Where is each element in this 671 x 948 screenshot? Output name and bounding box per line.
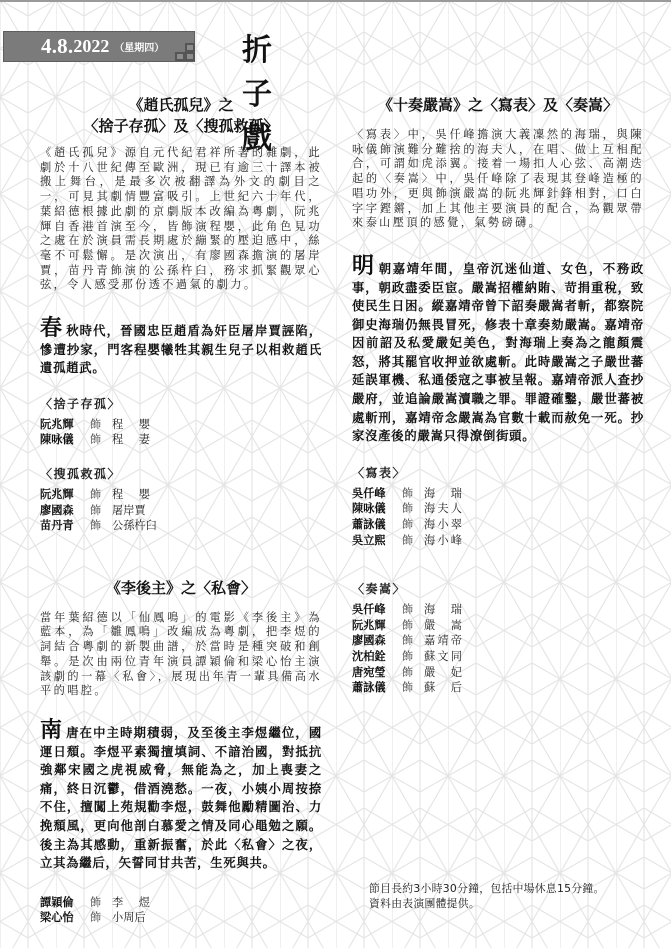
cast-row: 蕭詠儀飾蘇后 [352, 680, 644, 696]
drop-cap: 南 [40, 717, 63, 743]
cast-list: 吳仟峰飾海瑞 阮兆輝飾嚴嵩 廖國森飾嘉靖帝 沈柏銓飾蘇文同 唐宛瑩飾嚴妃 蕭詠儀… [352, 602, 644, 696]
role-name: 嚴妃 [424, 665, 462, 681]
sub-scene-title: 〈搜孤救孤〉 [40, 465, 322, 482]
plays-label: 飾 [90, 487, 112, 503]
top-border [0, 0, 671, 2]
plays-label: 飾 [402, 517, 424, 533]
plays-label: 飾 [402, 665, 424, 681]
actor-name: 沈柏銓 [352, 649, 402, 665]
role-name: 程嬰 [112, 417, 150, 433]
cast-block: 〈奏嵩〉 吳仟峰飾海瑞 阮兆輝飾嚴嵩 廖國森飾嘉靖帝 沈柏銓飾蘇文同 唐宛瑩飾嚴… [352, 580, 644, 696]
section-title-zhao: 《趙氏孤兒》之 〈捨子存孤〉及〈搜孤救孤〉 [40, 95, 322, 137]
actor-name: 蕭詠儀 [352, 517, 402, 533]
role-name: 蘇文同 [424, 649, 462, 665]
cast-block: 〈捨子存孤〉 阮兆輝飾程嬰 陳咏儀飾程妻 [40, 395, 322, 448]
section-title-yan: 《十奏嚴嵩》之〈寫表〉及〈奏嵩〉 [352, 95, 644, 116]
synopsis: 南唐在中主時期積弱，及至後主李煜繼位，國運日頹。李煜平素獨擅填詞、不諳治國，對抵… [40, 721, 322, 873]
role-name: 海夫人 [424, 501, 462, 517]
drop-cap: 明 [352, 253, 376, 279]
cast-row: 苗丹青飾公孫杵臼 [40, 518, 322, 534]
actor-name: 蕭詠儀 [352, 680, 402, 696]
role-name: 小周后 [112, 910, 150, 926]
plays-label: 飾 [90, 503, 112, 519]
right-column: 《十奏嚴嵩》之〈寫表〉及〈奏嵩〉 〈寫表〉中，吳仟峰擔演大義凜然的海瑞，與陳咏儀… [352, 95, 644, 696]
section-title-line: 〈捨子存孤〉及〈搜孤救孤〉 [40, 116, 322, 137]
cast-row: 吳仟峰飾海瑞 [352, 602, 644, 618]
cast-row: 陳咏儀飾程妻 [40, 432, 322, 448]
duration-note: 節目長約3小時30分鐘，包括中場休息15分鐘。 [369, 881, 605, 896]
programme-notes: 節目長約3小時30分鐘，包括中場休息15分鐘。 資料由表演團體提供。 [369, 881, 605, 911]
actor-name: 阮兆輝 [352, 618, 402, 634]
synopsis-text: 朝嘉靖年間，皇帝沉迷仙道、女色，不務政事，朝政盡委臣宦。嚴嵩招權納賄、苛捐重稅，… [352, 261, 644, 443]
synopsis: 明朝嘉靖年間，皇帝沉迷仙道、女色，不務政事，朝政盡委臣宦。嚴嵩招權納賄、苛捐重稅… [352, 257, 644, 446]
role-name: 蘇后 [424, 680, 462, 696]
drop-cap: 春 [40, 315, 63, 341]
section-description: 《趙氏孤兒》源自元代紀君祥所著的雜劇，此劇於十八世紀傳至歐洲，現已有逾三十譯本被… [40, 146, 322, 293]
cast-row: 阮兆輝飾程嬰 [40, 487, 322, 503]
date-weekday: （星期四） [114, 39, 164, 54]
role-name: 海瑞 [424, 486, 462, 502]
actor-name: 唐宛瑩 [352, 665, 402, 681]
plays-label: 飾 [402, 649, 424, 665]
cast-list: 阮兆輝飾程嬰 陳咏儀飾程妻 [40, 417, 322, 448]
actor-name: 吳立熙 [352, 533, 402, 549]
role-name: 屠岸賈 [112, 503, 150, 519]
actor-name: 陳咏儀 [40, 432, 90, 448]
actor-name: 吳仟峰 [352, 602, 402, 618]
plays-label: 飾 [402, 602, 424, 618]
sub-scene-title: 〈奏嵩〉 [352, 580, 644, 597]
plays-label: 飾 [402, 533, 424, 549]
role-name: 海小翠 [424, 517, 462, 533]
plays-label: 飾 [402, 618, 424, 634]
role-name: 海瑞 [424, 602, 462, 618]
plays-label: 飾 [90, 417, 112, 433]
cast-row: 唐宛瑩飾嚴妃 [352, 665, 644, 681]
actor-name: 梁心怡 [40, 910, 90, 926]
cast-list: 阮兆輝飾程嬰 廖國森飾屠岸賈 苗丹青飾公孫杵臼 [40, 487, 322, 534]
plays-label: 飾 [402, 486, 424, 502]
role-name: 李煜 [112, 895, 150, 911]
cast-block: 〈搜孤救孤〉 阮兆輝飾程嬰 廖國森飾屠岸賈 苗丹青飾公孫杵臼 [40, 465, 322, 534]
plays-label: 飾 [402, 501, 424, 517]
actor-name: 廖國森 [352, 633, 402, 649]
role-name: 程嬰 [112, 487, 150, 503]
cast-list: 吳仟峰飾海瑞 陳咏儀飾海夫人 蕭詠儀飾海小翠 吳立熙飾海小峰 [352, 486, 644, 548]
cast-row: 廖國森飾屠岸賈 [40, 503, 322, 519]
synopsis-text: 唐在中主時期積弱，及至後主李煜繼位，國運日頹。李煜平素獨擅填詞、不諳治國，對抵抗… [40, 725, 322, 870]
section-description: 當年葉紹德以「仙鳳鳴」的電影《李後主》為藍本，為「雛鳳鳴」改編成為粵劇，把李煜的… [40, 611, 322, 699]
cast-row: 譚穎倫飾李煜 [40, 895, 322, 911]
source-note: 資料由表演團體提供。 [369, 896, 605, 911]
role-name: 公孫杵臼 [112, 518, 172, 534]
actor-name: 吳仟峰 [352, 486, 402, 502]
synopsis: 春秋時代，晉國忠臣趙盾為奸臣屠岸賈誣陷，慘遭抄家，門客程嬰犧牲其親生兒子以相救趙… [40, 319, 322, 378]
cast-row: 梁心怡飾小周后 [40, 910, 322, 926]
actor-name: 阮兆輝 [40, 487, 90, 503]
role-name: 嘉靖帝 [424, 633, 462, 649]
plays-label: 飾 [90, 910, 112, 926]
cast-row: 沈柏銓飾蘇文同 [352, 649, 644, 665]
plays-label: 飾 [90, 518, 112, 534]
date-banner: 4.8. 2022 （星期四） [3, 31, 195, 62]
actor-name: 陳咏儀 [352, 501, 402, 517]
cast-row: 吳仟峰飾海瑞 [352, 486, 644, 502]
cast-row: 蕭詠儀飾海小翠 [352, 517, 644, 533]
cast-row: 陳咏儀飾海夫人 [352, 501, 644, 517]
stacked-squares-icon [175, 43, 199, 65]
actor-name: 苗丹青 [40, 518, 90, 534]
plays-label: 飾 [402, 633, 424, 649]
plays-label: 飾 [402, 680, 424, 696]
sub-scene-title: 〈捨子存孤〉 [40, 395, 322, 412]
date-year: 2022 [73, 36, 109, 57]
plays-label: 飾 [90, 895, 112, 911]
cast-list: 譚穎倫飾李煜 梁心怡飾小周后 [40, 895, 322, 926]
cast-row: 廖國森飾嘉靖帝 [352, 633, 644, 649]
actor-name: 阮兆輝 [40, 417, 90, 433]
date-day-month: 4.8. [41, 34, 73, 59]
section-title-line: 《趙氏孤兒》之 [40, 95, 322, 116]
role-name: 海小峰 [424, 533, 462, 549]
role-name: 嚴嵩 [424, 618, 462, 634]
cast-block: 〈寫表〉 吳仟峰飾海瑞 陳咏儀飾海夫人 蕭詠儀飾海小翠 吳立熙飾海小峰 [352, 464, 644, 548]
section-title-li: 《李後主》之〈私會〉 [40, 578, 322, 599]
synopsis-text: 秋時代，晉國忠臣趙盾為奸臣屠岸賈誣陷，慘遭抄家，門客程嬰犧牲其親生兒子以相救趙氏… [40, 323, 322, 375]
left-column: 《趙氏孤兒》之 〈捨子存孤〉及〈搜孤救孤〉 《趙氏孤兒》源自元代紀君祥所著的雜劇… [40, 95, 322, 926]
cast-row: 阮兆輝飾嚴嵩 [352, 618, 644, 634]
sub-scene-title: 〈寫表〉 [352, 464, 644, 481]
actor-name: 譚穎倫 [40, 895, 90, 911]
cast-row: 吳立熙飾海小峰 [352, 533, 644, 549]
plays-label: 飾 [90, 432, 112, 448]
section-description: 〈寫表〉中，吳仟峰擔演大義凜然的海瑞，與陳咏儀飾演難分難捨的海夫人，在唱、做上互… [352, 128, 644, 231]
actor-name: 廖國森 [40, 503, 90, 519]
cast-row: 阮兆輝飾程嬰 [40, 417, 322, 433]
role-name: 程妻 [112, 432, 150, 448]
